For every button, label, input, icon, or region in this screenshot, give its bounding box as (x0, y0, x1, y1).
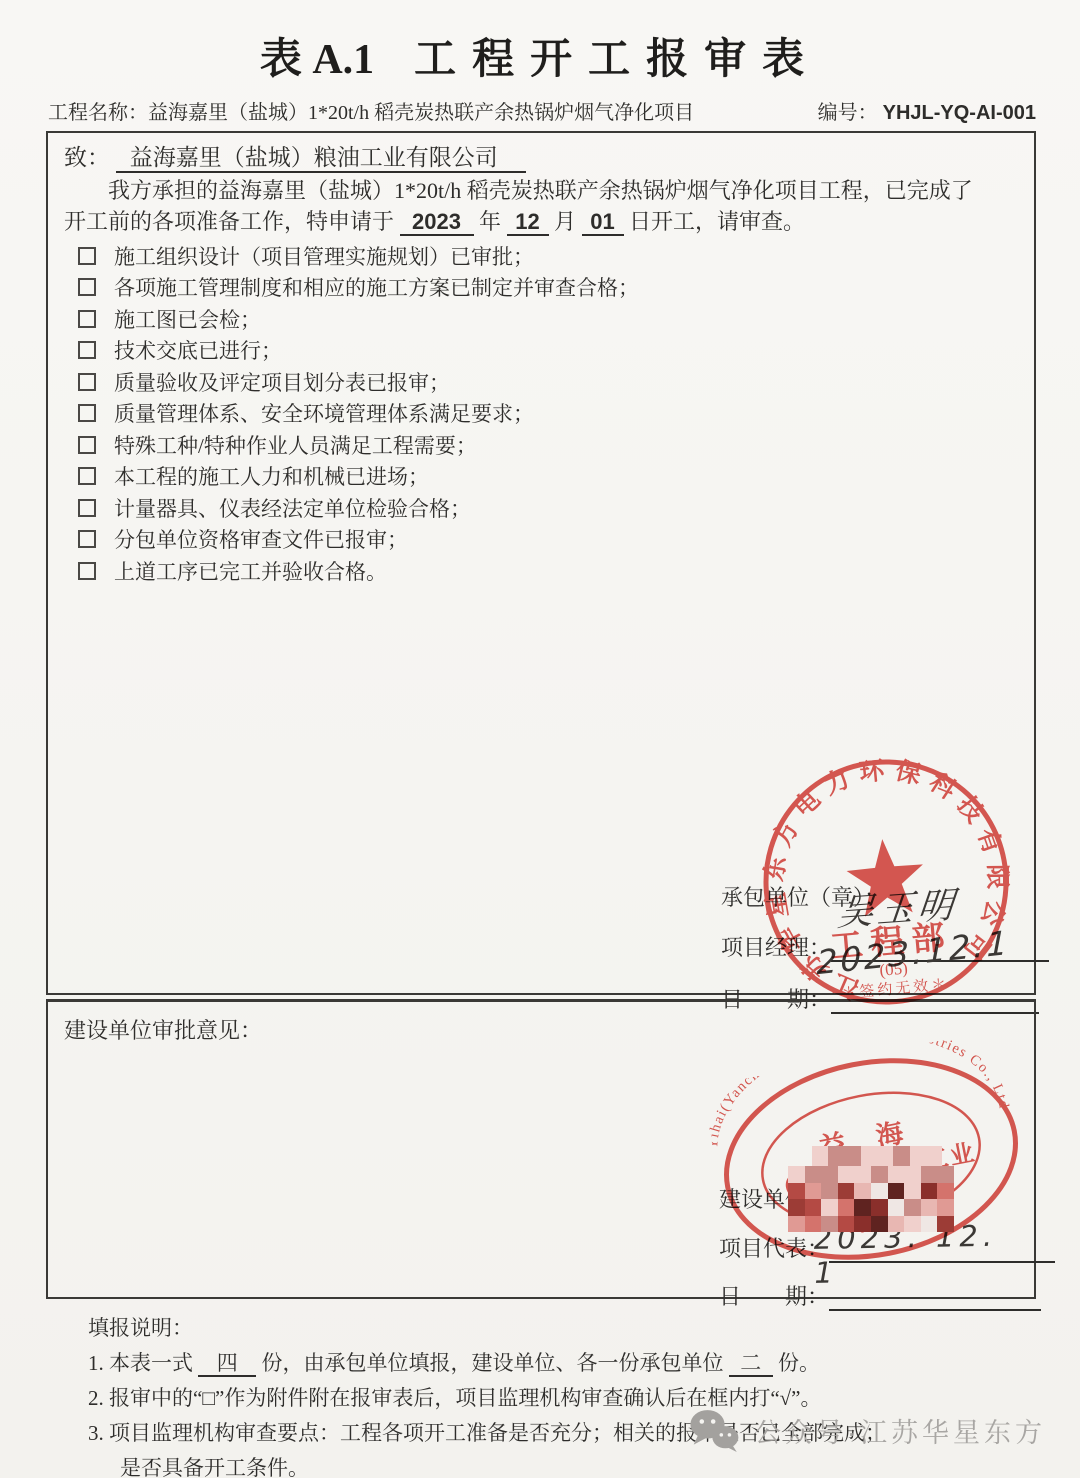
redaction-pixel (871, 1199, 888, 1216)
redaction-pixel (838, 1216, 855, 1233)
checklist-item-label: 质量管理体系、安全环境管理体系满足要求； (114, 398, 534, 428)
redaction-mosaic-main (788, 1166, 954, 1232)
redaction-pixel (861, 1146, 877, 1168)
form-title-prefix: 表 A.1 (260, 26, 374, 86)
redaction-pixel (871, 1216, 888, 1233)
redaction-pixel (904, 1183, 921, 1200)
redaction-pixel (805, 1183, 822, 1200)
redaction-pixel (838, 1166, 855, 1183)
redaction-pixel (788, 1166, 805, 1183)
redaction-pixel (845, 1146, 861, 1168)
watermark-text: 公众号·江苏华星东方 (754, 1411, 1046, 1450)
redaction-pixel (937, 1183, 954, 1200)
checklist-item-label: 特殊工种/特种作业人员满足工程需要； (114, 430, 477, 460)
body-line-2-pre: 开工前的各项准备工作，特申请于 (64, 209, 394, 234)
redaction-pixel (821, 1199, 838, 1216)
checklist-item: 本工程的施工人力和机械已进场； (64, 461, 1016, 493)
form-meta-row: 工程名称： 益海嘉里（盐城）1*20t/h 稻壳炭热联产余热锅炉烟气净化项目 编… (48, 96, 1036, 125)
checklist-item-label: 各项施工管理制度和相应的施工方案已制定并审查合格； (114, 272, 639, 302)
checklist-item: 施工组织设计（项目管理实施规划）已审批； (64, 240, 1016, 272)
redaction-pixel (821, 1216, 838, 1233)
checklist-item: 施工图已会检； (64, 303, 1016, 335)
checklist-item: 质量验收及评定项目划分表已报审； (64, 366, 1016, 398)
checklist-checkbox[interactable] (78, 436, 96, 454)
checklist-item-label: 技术交底已进行； (114, 335, 282, 365)
redaction-pixel (888, 1166, 905, 1183)
redaction-pixel (888, 1216, 905, 1233)
checklist-checkbox[interactable] (78, 404, 96, 422)
redaction-pixel (805, 1216, 822, 1233)
watermark: 公众号·江苏华星东方 (688, 1408, 1046, 1452)
form-code-value: YHJL-YQ-AI-001 (883, 102, 1036, 124)
project-manager-signature: 吴玉明 (835, 877, 960, 937)
month-unit: 月 (554, 209, 576, 234)
notes-item-1: 1. 本表一式 四 份，由承包单位填报，建设单位、各一份承包单位 二 份。 (88, 1346, 1020, 1381)
owner-date-label: 日 期： (719, 1284, 829, 1309)
owner-date-line[interactable] (829, 1287, 1041, 1311)
checklist-checkbox[interactable] (78, 530, 96, 548)
redaction-pixel (871, 1166, 888, 1183)
start-month-field[interactable]: 12 (507, 210, 549, 236)
checklist-checkbox[interactable] (78, 373, 96, 391)
checklist-checkbox[interactable] (78, 499, 96, 517)
checklist-item-label: 施工图已会检； (114, 304, 261, 334)
checklist-item-label: 上道工序已完工并验收合格。 (114, 556, 387, 586)
addressee-label: 致： (64, 145, 110, 170)
redaction-pixel (904, 1199, 921, 1216)
checklist-item-label: 计量器具、仪表经法定单位检验合格； (114, 493, 471, 523)
redaction-pixel (937, 1166, 954, 1183)
note1-contractor-copies-field: 二 (729, 1351, 773, 1377)
scanned-form-page: 表 A.1 工程开工报审表 工程名称： 益海嘉里（盐城）1*20t/h 稻壳炭热… (0, 0, 1080, 1478)
redaction-pixel (926, 1146, 942, 1168)
checklist-item-label: 施工组织设计（项目管理实施规划）已审批； (114, 241, 534, 271)
checklist-item: 各项施工管理制度和相应的施工方案已制定并审查合格； (64, 272, 1016, 304)
checklist-item: 技术交底已进行； (64, 335, 1016, 367)
application-section: 致： 益海嘉里（盐城）粮油工业有限公司 我方承担的益海嘉里（盐城）1*20t/h… (46, 131, 1036, 995)
checklist-item-label: 分包单位资格审查文件已报审； (114, 524, 408, 554)
redaction-pixel (937, 1216, 954, 1233)
redaction-pixel (838, 1199, 855, 1216)
redaction-pixel (821, 1183, 838, 1200)
redaction-pixel (937, 1199, 954, 1216)
redaction-pixel (821, 1166, 838, 1183)
notes-item-3-cont: 是否具备开工条件。 (88, 1451, 1020, 1478)
year-unit: 年 (479, 209, 501, 234)
start-day-field[interactable]: 01 (582, 210, 624, 236)
owner-approval-heading: 建设单位审批意见： (64, 1014, 1016, 1045)
note1-copies-field: 四 (198, 1351, 256, 1377)
body-line-1: 我方承担的益海嘉里（盐城）1*20t/h 稻壳炭热联产余热锅炉烟气净化项目工程，… (64, 175, 1016, 206)
redaction-pixel (921, 1183, 938, 1200)
body-line-2-post: 日开工，请审查。 (629, 209, 805, 234)
checklist: 施工组织设计（项目管理实施规划）已审批； 各项施工管理制度和相应的施工方案已制定… (64, 240, 1016, 587)
redaction-pixel (888, 1199, 905, 1216)
project-name-label: 工程名称： (48, 96, 148, 125)
checklist-checkbox[interactable] (78, 310, 96, 328)
redaction-pixel (805, 1166, 822, 1183)
note1-pre: 1. 本表一式 (88, 1351, 193, 1375)
redaction-pixel (871, 1183, 888, 1200)
checklist-checkbox[interactable] (78, 341, 96, 359)
redaction-pixel (904, 1166, 921, 1183)
checklist-item: 上道工序已完工并验收合格。 (64, 555, 1016, 587)
project-name-row: 工程名称： 益海嘉里（盐城）1*20t/h 稻壳炭热联产余热锅炉烟气净化项目 (48, 96, 694, 125)
project-name-value: 益海嘉里（盐城）1*20t/h 稻壳炭热联产余热锅炉烟气净化项目 (148, 96, 694, 125)
redaction-pixel (812, 1146, 828, 1168)
redaction-pixel (921, 1199, 938, 1216)
form-code-label: 编号： (818, 102, 878, 124)
checklist-checkbox[interactable] (78, 467, 96, 485)
redaction-mosaic-upper (812, 1146, 942, 1168)
redaction-pixel (921, 1166, 938, 1183)
checklist-checkbox[interactable] (78, 247, 96, 265)
redaction-pixel (888, 1183, 905, 1200)
wechat-icon (688, 1408, 740, 1452)
redaction-pixel (805, 1199, 822, 1216)
checklist-item: 质量管理体系、安全环境管理体系满足要求； (64, 398, 1016, 430)
redaction-pixel (828, 1146, 844, 1168)
addressee-line: 致： 益海嘉里（盐城）粮油工业有限公司 (64, 141, 1016, 175)
redaction-pixel (854, 1166, 871, 1183)
checklist-checkbox[interactable] (78, 278, 96, 296)
redaction-pixel (788, 1199, 805, 1216)
redaction-pixel (904, 1216, 921, 1233)
form-title: 表 A.1 工程开工报审表 (0, 0, 1080, 86)
redaction-pixel (788, 1216, 805, 1233)
body-line-2: 开工前的各项准备工作，特申请于 2023 年 12 月 01 日开工，请审查。 (64, 206, 1016, 237)
redaction-pixel (854, 1216, 871, 1233)
checklist-item-label: 本工程的施工人力和机械已进场； (114, 461, 429, 491)
start-year-field[interactable]: 2023 (400, 210, 474, 236)
redaction-pixel (838, 1183, 855, 1200)
checklist-item: 特殊工种/特种作业人员满足工程需要； (64, 429, 1016, 461)
redaction-pixel (910, 1146, 926, 1168)
redaction-pixel (893, 1146, 909, 1168)
form-code-row: 编号： YHJL-YQ-AI-001 (818, 96, 1036, 125)
redaction-pixel (788, 1183, 805, 1200)
note1-post: 份。 (778, 1351, 820, 1375)
form-title-main: 工程开工报审表 (414, 26, 820, 86)
checklist-item-label: 质量验收及评定项目划分表已报审； (114, 367, 450, 397)
note1-mid: 份，由承包单位填报，建设单位、各一份承包单位 (262, 1351, 724, 1375)
addressee-value: 益海嘉里（盐城）粮油工业有限公司 (116, 145, 526, 173)
redaction-pixel (854, 1183, 871, 1200)
checklist-checkbox[interactable] (78, 562, 96, 580)
redaction-pixel (921, 1216, 938, 1233)
redaction-pixel (877, 1146, 893, 1168)
checklist-item: 分包单位资格审查文件已报审； (64, 524, 1016, 556)
checklist-item: 计量器具、仪表经法定单位检验合格； (64, 492, 1016, 524)
redaction-pixel (854, 1199, 871, 1216)
